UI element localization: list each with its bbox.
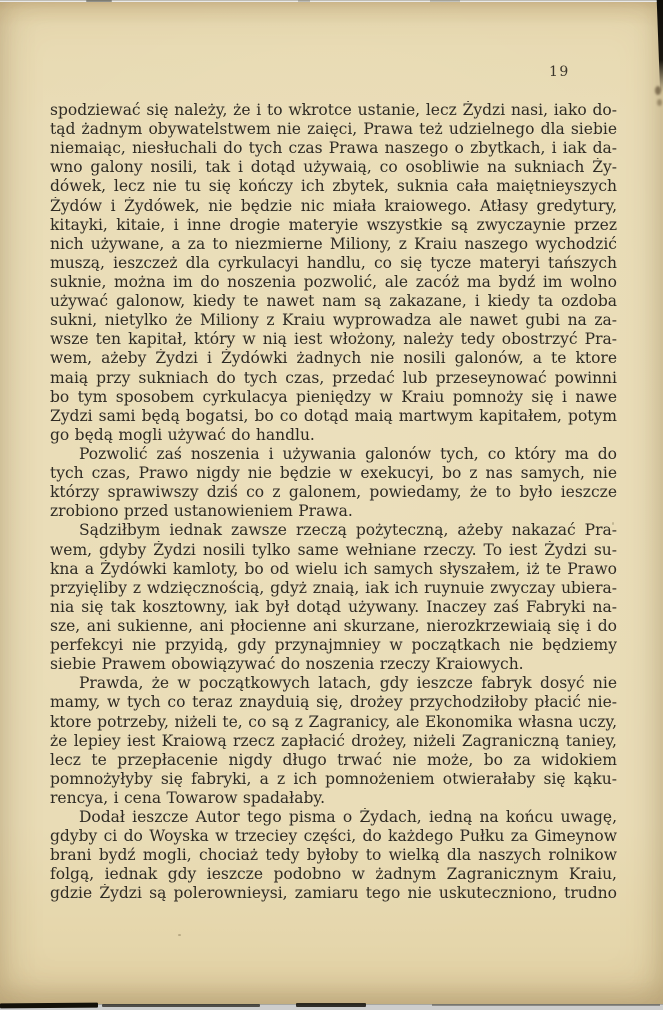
- text-line: nich używane, a za to niezmierne Miliony…: [50, 235, 617, 254]
- text-line: maią przy sukniach do tych czas, przedać…: [50, 369, 617, 388]
- text-line: zrobiono przed ustanowieniem Prawa.: [50, 502, 617, 521]
- scan-shadow-bottom: [432, 1004, 660, 1006]
- paper-speck: [178, 934, 181, 936]
- text-line: gdyby ci do Woyska w trzeciey części, do…: [50, 827, 617, 846]
- text-line: Pozwolić zaś noszenia i używania galonów…: [50, 445, 617, 464]
- scan-smudge: [657, 99, 662, 106]
- text-line: lecz te przepłacenie nigdy długo trwać n…: [50, 751, 617, 770]
- text-line: folgą, iednak gdy ieszcze podobno w żadn…: [50, 865, 617, 884]
- paper-speck: [612, 522, 614, 525]
- scan-shadow-bottom: [102, 1004, 260, 1007]
- paper-speck: [352, 645, 354, 647]
- text-line: sze, ani sukienne, ani płocienne ani sku…: [50, 617, 617, 636]
- text-line: kna a Żydówki kamloty, bo od wielu ich s…: [50, 560, 617, 579]
- text-line: mamy, w tych co teraz znayduią się, droż…: [50, 693, 617, 712]
- paragraph: spodziewać się należy, że i to wkrotce u…: [50, 101, 617, 445]
- scan-smudge: [298, 0, 310, 2]
- text-line: że lepiey iest Kraiową rzecz zapłacić dr…: [50, 732, 617, 751]
- scan-shadow-bottom: [296, 1003, 366, 1007]
- scan-smudge: [655, 86, 661, 95]
- text-line: perfekcyi nie przyidą, gdy przynajmniey …: [50, 636, 617, 655]
- paragraph: Prawda, że w początkowych latach, gdy ie…: [50, 674, 617, 808]
- text-line: Żydów i Żydówek, nie będzie nic miała kr…: [50, 197, 617, 216]
- text-line: nia się tak kosztowny, iak był dotąd uży…: [50, 598, 617, 617]
- text-line: tych czas, Prawo nigdy nie będzie w exek…: [50, 464, 617, 483]
- text-line: przyięliby z wdzięcznością, gdyż znaią, …: [50, 579, 617, 598]
- text-line: wem, ażeby Żydzi i Żydówki żadnych nie n…: [50, 349, 617, 368]
- text-line: brani bydź mogli, chociaż tedy byłoby to…: [50, 846, 617, 865]
- text-line: go będą mogli używać do handlu.: [50, 426, 617, 445]
- text-line: wem, gdyby Żydzi nosili tylko same wełni…: [50, 541, 617, 560]
- text-line: tąd żadnym obywatelstwem nie zaięci, Pra…: [50, 120, 617, 139]
- scanned-book-page: 19 spodziewać się należy, że i to wkrotc…: [0, 0, 663, 1010]
- text-line: niemaiąc, niesłuchali do tych czas Prawa…: [50, 139, 617, 158]
- page-number: 19: [549, 64, 570, 80]
- text-line: bo tym sposobem cyrkulacya pieniędzy w K…: [50, 388, 617, 407]
- text-line: wno galony nosili, tak i dotąd używaią, …: [50, 158, 617, 177]
- text-line: siebie Prawem obowiązywać do noszenia rz…: [50, 655, 617, 674]
- text-line: rencya, i cena Towarow spadałaby.: [50, 789, 617, 808]
- text-line: Sądziłbym iednak zawsze rzeczą pożyteczn…: [50, 521, 617, 540]
- paragraph: Sądziłbym iednak zawsze rzeczą pożyteczn…: [50, 521, 617, 674]
- scan-shadow-bottom: [0, 1003, 98, 1009]
- paragraph: Dodał ieszcze Autor tego pisma o Żydach,…: [50, 808, 617, 904]
- text-line: spodziewać się należy, że i to wkrotce u…: [50, 101, 617, 120]
- text-line: dówek, lecz nie tu się kończy ich zbytek…: [50, 177, 617, 196]
- text-block: spodziewać się należy, że i to wkrotce u…: [50, 101, 617, 904]
- text-line: ktore potrzeby, niżeli te, co są z Zagra…: [50, 713, 617, 732]
- text-line: sukni, nietylko że Miliony z Kraiu wypro…: [50, 311, 617, 330]
- paper: 19 spodziewać się należy, że i to wkrotc…: [0, 2, 663, 1004]
- text-line: kitayki, kitaie, i inne drogie materyie …: [50, 216, 617, 235]
- scan-smudge: [86, 0, 112, 2]
- text-line: Zydzi sami będą bogatsi, bo co dotąd mai…: [50, 407, 617, 426]
- text-line: wsze ten kapitał, który w nią iest włożo…: [50, 330, 617, 349]
- scan-smudge: [430, 0, 460, 2]
- text-line: muszą, ieszczeż dla cyrkulacyi handlu, c…: [50, 254, 617, 273]
- text-line: Dodał ieszcze Autor tego pisma o Żydach,…: [50, 808, 617, 827]
- text-line: Prawda, że w początkowych latach, gdy ie…: [50, 674, 617, 693]
- text-line: suknie, można im do noszenia pozwolić, a…: [50, 273, 617, 292]
- text-line: którzy sprawiwszy dziś co z galonem, pow…: [50, 483, 617, 502]
- text-line: pomnożyłyby się fabryki, a z ich pomnoże…: [50, 770, 617, 789]
- text-line: gdzie Żydzi są polerownieysi, zamiaru te…: [50, 884, 617, 903]
- paragraph: Pozwolić zaś noszenia i używania galonów…: [50, 445, 617, 521]
- text-line: używać galonow, kiedy te nawet nam są za…: [50, 292, 617, 311]
